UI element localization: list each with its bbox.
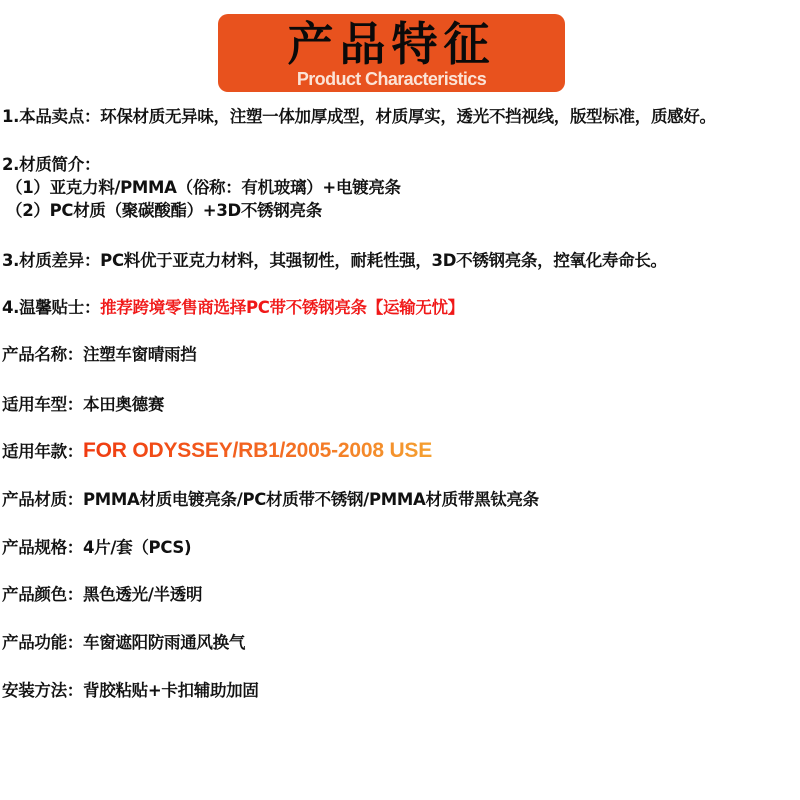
line-text: 亚克力料/PMMA（俗称：有机玻璃）+电镀亮条 [50,178,401,197]
spec-value: 本田奥德赛 [83,395,164,414]
line-text: 环保材质无异味，注塑一体加厚成型，材质厚实，透光不挡视线，版型标准，质感好。 [100,107,716,126]
line-label: （2） [6,201,50,220]
spec-label: 产品颜色： [2,585,83,604]
spec-value: 车窗遮阳防雨通风换气 [83,633,245,652]
spec-color: 产品颜色：黑色透光/半透明 [2,584,202,606]
spec-value: 注塑车窗晴雨挡 [83,345,196,364]
line-label: 4.温馨贴士： [2,298,100,317]
tip-line: 4.温馨贴士：推荐跨境零售商选择PC带不锈钢亮条【运输无忧】 [2,297,464,319]
line-label: （1） [6,178,50,197]
spec-model-year: 适用年款：FOR ODYSSEY/RB1/2005-2008 USE [2,440,432,463]
spec-product-name: 产品名称：注塑车窗晴雨挡 [2,344,196,366]
spec-value: 4片/套（PCS) [83,538,191,557]
spec-label: 产品规格： [2,538,83,557]
line-text: PC料优于亚克力材料，其强韧性，耐耗性强，3D不锈钢亮条，控氧化寿命长。 [100,251,667,270]
spec-value: PMMA材质电镀亮条/PC材质带不锈钢/PMMA材质带黑钛亮条 [83,490,539,509]
material-difference-line: 3.材质差异：PC料优于亚克力材料，其强韧性，耐耗性强，3D不锈钢亮条，控氧化寿… [2,250,667,272]
material-option-1: （1）亚克力料/PMMA（俗称：有机玻璃）+电镀亮条 [6,177,401,199]
spec-value: 背胶粘贴+卡扣辅助加固 [83,681,259,700]
spec-value-highlight: FOR ODYSSEY/RB1/2005-2008 USE [83,439,432,462]
selling-point-line: 1.本品卖点：环保材质无异味，注塑一体加厚成型，材质厚实，透光不挡视线，版型标准… [2,106,716,128]
material-intro-heading: 2.材质简介： [2,154,100,176]
spec-material: 产品材质：PMMA材质电镀亮条/PC材质带不锈钢/PMMA材质带黑钛亮条 [2,489,539,511]
spec-label: 适用年款： [2,442,83,461]
spec-label: 产品名称： [2,345,83,364]
line-label: 1.本品卖点： [2,107,100,126]
spec-label: 产品材质： [2,490,83,509]
spec-label: 适用车型： [2,395,83,414]
spec-size: 产品规格：4片/套（PCS) [2,537,191,559]
spec-label: 安装方法： [2,681,83,700]
line-label: 3.材质差异： [2,251,100,270]
spec-function: 产品功能：车窗遮阳防雨通风换气 [2,632,245,654]
header-banner: 产品特征 Product Characteristics [218,14,565,92]
banner-title: 产品特征 [218,18,565,70]
spec-value: 黑色透光/半透明 [83,585,202,604]
spec-label: 产品功能： [2,633,83,652]
line-label: 2.材质简介： [2,155,100,174]
material-option-2: （2）PC材质（聚碳酸酯）+3D不锈钢亮条 [6,200,322,222]
banner-subtitle: Product Characteristics [218,69,565,89]
spec-installation: 安装方法：背胶粘贴+卡扣辅助加固 [2,680,259,702]
spec-vehicle-model: 适用车型：本田奥德赛 [2,394,164,416]
line-text: PC材质（聚碳酸酯）+3D不锈钢亮条 [50,201,322,220]
tip-text: 推荐跨境零售商选择PC带不锈钢亮条【运输无忧】 [100,298,464,317]
